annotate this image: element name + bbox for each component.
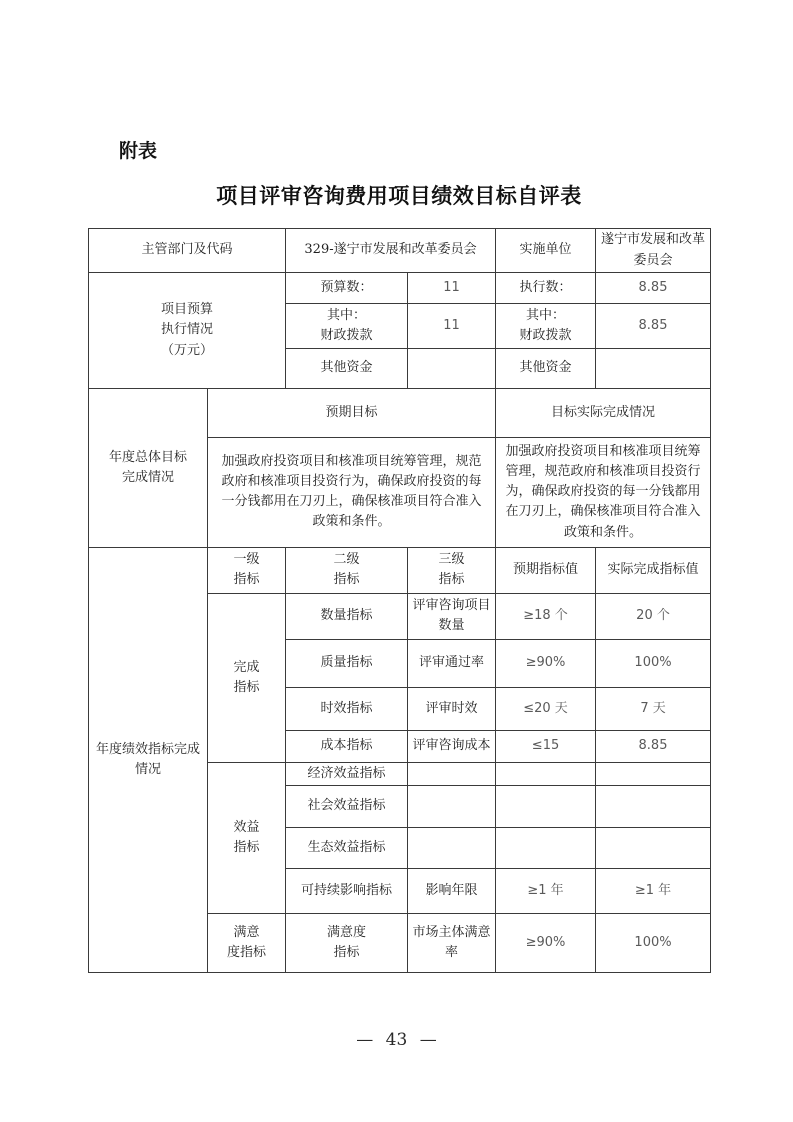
page-number: — 43 — <box>0 1030 793 1050</box>
cell-expected-value <box>496 762 596 785</box>
cell-dept-code-label: 主管部门及代码 <box>89 229 286 273</box>
cell-l3-indicator <box>408 762 496 785</box>
cell-l2-indicator: 满意度 指标 <box>286 913 408 972</box>
cell-l1-completion-group: 完成 指标 <box>208 593 286 762</box>
cell-l2-indicator: 社会效益指标 <box>286 785 408 827</box>
cell-header-actual: 实际完成指标值 <box>596 547 711 593</box>
cell-budget-section-label: 项目预算 执行情况 （万元） <box>89 273 286 389</box>
self-evaluation-table: 主管部门及代码 329-遂宁市发展和改革委员会 实施单位 遂宁市发展和改革 委员… <box>88 228 711 973</box>
cell-expected-value: ≥90% <box>496 639 596 687</box>
cell-actual-value: 20 个 <box>596 593 711 639</box>
cell-actual-value: 100% <box>596 913 711 972</box>
cell-l3-indicator <box>408 827 496 868</box>
cell-actual-value: 8.85 <box>596 730 711 762</box>
cell-budget-value: 11 <box>408 273 496 304</box>
cell-l1-satisfaction-group: 满意 度指标 <box>208 913 286 972</box>
cell-expected-goal-header: 预期目标 <box>208 389 496 438</box>
cell-l2-indicator: 经济效益指标 <box>286 762 408 785</box>
cell-other-funds-value <box>408 349 496 389</box>
cell-header-level3: 三级 指标 <box>408 547 496 593</box>
cell-l3-indicator: 评审时效 <box>408 687 496 730</box>
cell-fiscal-alloc-value: 11 <box>408 304 496 349</box>
cell-indicators-section-label: 年度绩效指标完成 情况 <box>89 547 208 972</box>
cell-expected-value <box>496 827 596 868</box>
cell-actual-value <box>596 827 711 868</box>
cell-fiscal-alloc-exec-value: 8.85 <box>596 304 711 349</box>
cell-expected-value: ≤20 天 <box>496 687 596 730</box>
cell-actual-value: ≥1 年 <box>596 868 711 913</box>
cell-l3-indicator: 评审咨询成本 <box>408 730 496 762</box>
cell-actual-value: 7 天 <box>596 687 711 730</box>
cell-header-level1: 一级 指标 <box>208 547 286 593</box>
cell-l3-indicator: 市场主体满意 率 <box>408 913 496 972</box>
cell-l3-indicator: 评审通过率 <box>408 639 496 687</box>
cell-other-funds-exec-label: 其他资金 <box>496 349 596 389</box>
attachment-label: 附表 <box>119 136 157 163</box>
cell-l1-benefit-group: 效益 指标 <box>208 762 286 913</box>
cell-fiscal-alloc-label: 其中： 财政拨款 <box>286 304 408 349</box>
cell-actual-value: 100% <box>596 639 711 687</box>
cell-l2-indicator: 成本指标 <box>286 730 408 762</box>
cell-budget-label: 预算数： <box>286 273 408 304</box>
cell-l2-indicator: 数量指标 <box>286 593 408 639</box>
cell-actual-goal-text: 加强政府投资项目和核准项目统筹管理，规范政府和核准项目投资行为，确保政府投资的每… <box>496 438 711 548</box>
cell-actual-value <box>596 762 711 785</box>
cell-l3-indicator <box>408 785 496 827</box>
cell-expected-value: ≥18 个 <box>496 593 596 639</box>
page-title: 项目评审咨询费用项目绩效目标自评表 <box>88 180 710 210</box>
cell-l3-indicator: 影响年限 <box>408 868 496 913</box>
cell-l2-indicator: 时效指标 <box>286 687 408 730</box>
cell-other-funds-exec-value <box>596 349 711 389</box>
cell-expected-value: ≥1 年 <box>496 868 596 913</box>
cell-impl-unit-value: 遂宁市发展和改革 委员会 <box>596 229 711 273</box>
cell-other-funds-label: 其他资金 <box>286 349 408 389</box>
cell-fiscal-alloc-exec-label: 其中： 财政拨款 <box>496 304 596 349</box>
cell-expected-value: ≤15 <box>496 730 596 762</box>
cell-l2-indicator: 生态效益指标 <box>286 827 408 868</box>
cell-expected-value <box>496 785 596 827</box>
cell-execution-value: 8.85 <box>596 273 711 304</box>
cell-l2-indicator: 可持续影响指标 <box>286 868 408 913</box>
cell-expected-value: ≥90% <box>496 913 596 972</box>
cell-dept-code-value: 329-遂宁市发展和改革委员会 <box>286 229 496 273</box>
cell-l2-indicator: 质量指标 <box>286 639 408 687</box>
cell-execution-label: 执行数： <box>496 273 596 304</box>
cell-actual-value <box>596 785 711 827</box>
cell-actual-goal-header: 目标实际完成情况 <box>496 389 711 438</box>
cell-header-expected: 预期指标值 <box>496 547 596 593</box>
cell-header-level2: 二级 指标 <box>286 547 408 593</box>
cell-expected-goal-text: 加强政府投资项目和核准项目统筹管理，规范政府和核准项目投资行为，确保政府投资的每… <box>208 438 496 548</box>
cell-annual-goal-section-label: 年度总体目标 完成情况 <box>89 389 208 548</box>
cell-l3-indicator: 评审咨询项目 数量 <box>408 593 496 639</box>
cell-impl-unit-label: 实施单位 <box>496 229 596 273</box>
